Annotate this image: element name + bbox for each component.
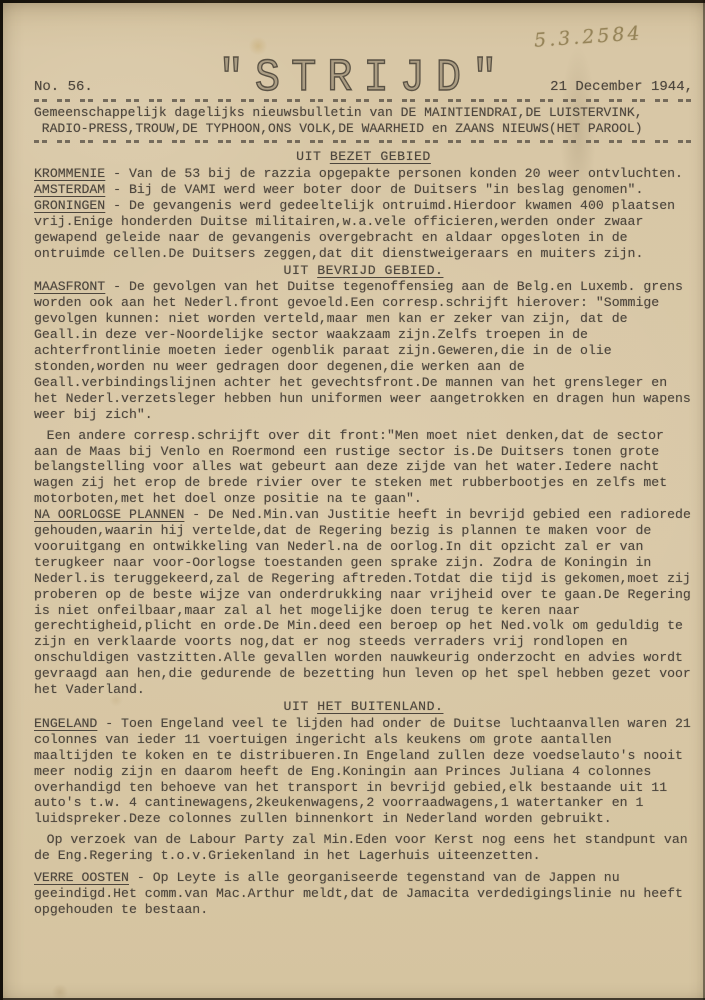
- dateline-label: ENGELAND: [34, 716, 97, 731]
- section-heading-bevrijd-gebied: UIT BEVRIJD GEBIED.: [34, 263, 693, 279]
- subtitle-line-1: Gemeenschappelijk dagelijks nieuwsbullet…: [34, 105, 693, 121]
- news-item-text: - Van de 53 bij de razzia opgepakte pers…: [105, 166, 683, 181]
- news-item-maasfront: MAASFRONT - De gevolgen van het Duitse t…: [34, 279, 693, 422]
- dateline-label: AMSTERDAM: [34, 182, 105, 197]
- masthead: "STRIJD" No. 56. 21 December 1944, Gemee…: [34, 0, 693, 143]
- news-item-krommenie: KROMMENIE - Van de 53 bij de razzia opge…: [34, 166, 693, 182]
- heading-underlined: HET BUITENLAND.: [317, 699, 443, 714]
- heading-prefix: UIT: [284, 699, 309, 714]
- dashed-rule-bottom: [34, 140, 693, 143]
- news-item-verre-oosten: VERRE OOSTEN - Op Leyte is alle georgani…: [34, 870, 693, 918]
- news-item-text: - De Ned.Min.van Justitie heeft in bevri…: [34, 507, 691, 697]
- heading-underlined: BEVRIJD GEBIED.: [317, 263, 443, 278]
- dateline-label: VERRE OOSTEN: [34, 870, 129, 885]
- news-item-text: - Toen Engeland veel te lijden had onder…: [34, 716, 691, 826]
- dateline-label: KROMMENIE: [34, 166, 105, 181]
- newsletter-title: "STRIJD": [34, 0, 693, 104]
- news-item-amsterdam: AMSTERDAM - Bij de VAMI werd weer boter …: [34, 182, 693, 198]
- news-item-text: - Op Leyte is alle georganiseerde tegens…: [34, 870, 683, 917]
- section-uit-bevrijd-gebied: UIT BEVRIJD GEBIED. MAASFRONT - De gevol…: [34, 263, 693, 698]
- news-item-engeland: ENGELAND - Toen Engeland veel te lijden …: [34, 716, 693, 827]
- news-item-text: - Bij de VAMI werd weer boter door de Du…: [105, 182, 643, 197]
- section-heading-bezet-gebied: UIT BEZET GEBIED: [34, 149, 693, 165]
- news-item-text: - De gevangenis werd gedeeltelijk ontrui…: [34, 198, 675, 261]
- section-uit-het-buitenland: UIT HET BUITENLAND. ENGELAND - Toen Enge…: [34, 699, 693, 918]
- news-item-text: - De gevolgen van het Duitse tegenoffens…: [34, 279, 691, 421]
- newsletter-page: 5.3.2584 "STRIJD" No. 56. 21 December 19…: [0, 0, 705, 1000]
- scan-edge-left: [0, 0, 3, 1000]
- subtitle-line-2: RADIO-PRESS,TROUW,DE TYPHOON,ONS VOLK,DE…: [34, 121, 693, 137]
- section-heading-buitenland: UIT HET BUITENLAND.: [34, 699, 693, 715]
- newsletter-body: UIT BEZET GEBIED KROMMENIE - Van de 53 b…: [34, 149, 693, 918]
- news-item-text: Op verzoek van de Labour Party zal Min.E…: [34, 832, 688, 863]
- scan-edge-top: [0, 0, 705, 3]
- heading-underlined: BEZET GEBIED: [330, 149, 431, 164]
- news-item-groningen: GRONINGEN - De gevangenis werd gedeeltel…: [34, 198, 693, 262]
- news-item-text: Een andere corresp.schrijft over dit fro…: [34, 428, 667, 507]
- news-item-na-oorlogse-plannen: NA OORLOGSE PLANNEN - De Ned.Min.van Jus…: [34, 507, 693, 698]
- news-item-maasfront-correspondent: Een andere corresp.schrijft over dit fro…: [34, 428, 693, 508]
- dateline-label: NA OORLOGSE PLANNEN: [34, 507, 184, 522]
- heading-prefix: UIT: [296, 149, 321, 164]
- news-item-labour-party: Op verzoek van de Labour Party zal Min.E…: [34, 832, 693, 864]
- section-uit-bezet-gebied: UIT BEZET GEBIED KROMMENIE - Van de 53 b…: [34, 149, 693, 261]
- dateline-label: MAASFRONT: [34, 279, 105, 294]
- heading-prefix: UIT: [284, 263, 309, 278]
- dateline-label: GRONINGEN: [34, 198, 105, 213]
